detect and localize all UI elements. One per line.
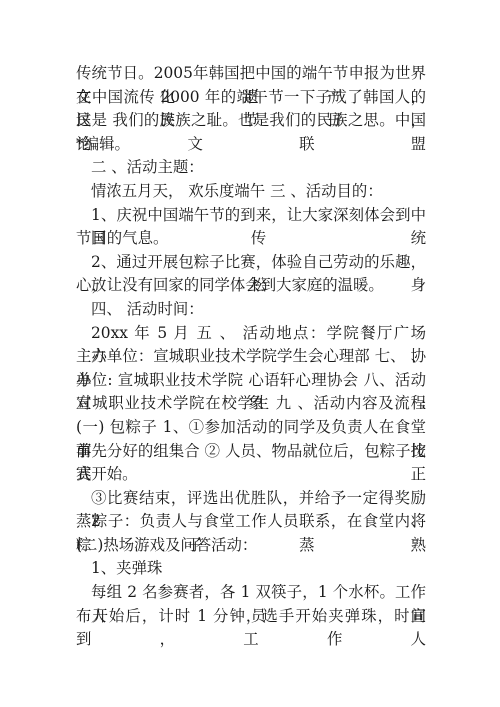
document-page: 传统节日。2005年韩国把中国的端午节申报为世界文化遗产， 在中国流传 2000… (76, 62, 426, 628)
section-heading-theme: 二 、活动主题： (76, 156, 426, 180)
section-heading-time: 四、 活动时间： (76, 298, 426, 322)
text-line: 单位: 宣城职业技术学院 心语轩心理协会 八、活动对象: (76, 369, 426, 393)
text-line: 事先分好的组集合 ② 人员、物品就位后，包粽子比赛正 (76, 440, 426, 464)
text-line: 传统节日。2005年韩国把中国的端午节申报为世界文化遗产， (76, 62, 426, 86)
text-line: 2、通过开展包粽子比赛，体验自己劳动的乐趣，放松身 (76, 251, 426, 275)
text-line: 1、庆祝中国端午节的到来，让大家深刻体会到中国传统 (76, 204, 426, 228)
text-line: 宣城职业技术学院在校学生 九 、活动内容及流程 (76, 392, 426, 416)
text-line: ③比赛结束，评选出优胜队，并给予一定得奖励 2、 (76, 487, 426, 511)
text-line: 20xx 年 5 月 五 、 活动地点：学院餐厅广场 六、 (76, 322, 426, 346)
text-line: 蒸粽子：负责人与食堂工作人员联系，在食堂内将粽子蒸熟 (76, 510, 426, 534)
section-heading-purpose: 情浓五月天， 欢乐度端午 三 、活动目的： (76, 180, 426, 204)
item-heading-marbles: 1、夹弹珠 (76, 557, 426, 581)
text-line: 心，让没有回家的同学体会到大家庭的温暖。 (76, 274, 426, 298)
text-line: 这是 我们的民族之耻。也是我们的民族之思。中国论文联盟 (76, 109, 426, 133)
text-line: 每组 2 名参赛者，各 1 双筷子，1 个水杯。工作人员宣 (76, 581, 426, 605)
text-line: 布开始后，计时 1 分钟，选手开始夹弹珠，时间到，工作人 (76, 605, 426, 629)
text-line: 主办单位：宣城职业技术学院学生会心理部 七、 协办 (76, 345, 426, 369)
text-line: 在中国流传 2000 年的端午节一下子成了韩国人的民族节日， (76, 86, 426, 110)
text-line: (一) 包粽子 1、①参加活动的同学及负责人在食堂前按 (76, 416, 426, 440)
